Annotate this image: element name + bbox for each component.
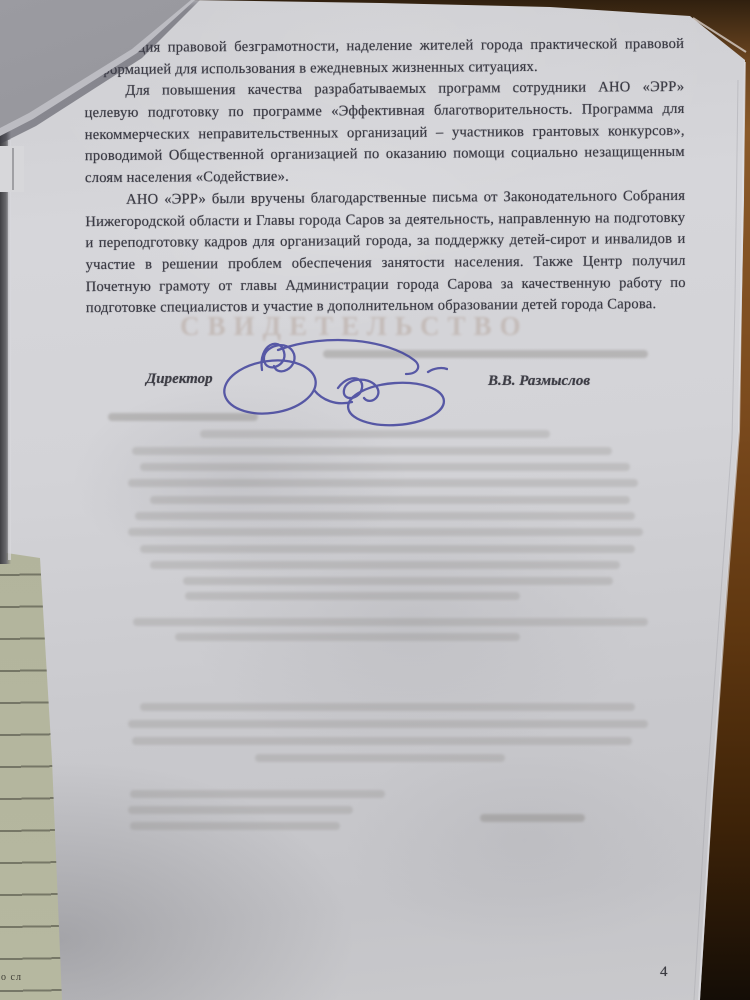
ghost-text-line bbox=[128, 720, 648, 728]
document-line: идация правовой безграмотности, наделени… bbox=[84, 34, 684, 60]
ghost-text-line bbox=[150, 561, 620, 569]
ghost-text-line bbox=[140, 463, 630, 471]
ghost-text-line bbox=[128, 528, 643, 536]
ghost-text-line bbox=[132, 737, 632, 745]
photo-of-document-page: СВИДЕТЕЛЬСТВО идация правовой безграмотн… bbox=[0, 0, 750, 1000]
ghost-text-line bbox=[130, 822, 340, 830]
ghost-text-line bbox=[130, 790, 385, 798]
page-number: 4 bbox=[660, 964, 668, 981]
left-sheet-notch bbox=[0, 146, 24, 192]
signature-role-label: Директор bbox=[146, 371, 213, 388]
ghost-text-line bbox=[135, 512, 635, 520]
document-line: подготовке специалистов и участие в допо… bbox=[86, 294, 686, 320]
left-sheet-edge bbox=[8, 140, 11, 560]
ghost-text-line bbox=[183, 577, 613, 585]
ghost-text-line bbox=[140, 545, 635, 553]
ghost-text-line bbox=[128, 479, 638, 487]
ghost-text-line bbox=[128, 806, 353, 814]
ghost-text-line bbox=[133, 618, 648, 626]
document-line: проводимой Общественной организацией по … bbox=[85, 142, 685, 168]
scrap-text-fragment: о сл bbox=[1, 972, 22, 983]
ghost-text-line bbox=[150, 496, 630, 504]
ghost-text-line bbox=[200, 430, 550, 438]
ghost-text-line bbox=[185, 592, 520, 600]
ghost-text-line bbox=[140, 703, 635, 711]
ghost-text-line bbox=[132, 447, 612, 455]
ghost-text-line bbox=[255, 754, 505, 762]
signature-name-label: В.В. Размыслов bbox=[488, 373, 590, 390]
ghost-text-line bbox=[175, 633, 520, 641]
signature-ink-scribble bbox=[218, 330, 448, 430]
ghost-text-line bbox=[480, 814, 585, 822]
document-body: идация правовой безграмотности, наделени… bbox=[84, 34, 686, 320]
